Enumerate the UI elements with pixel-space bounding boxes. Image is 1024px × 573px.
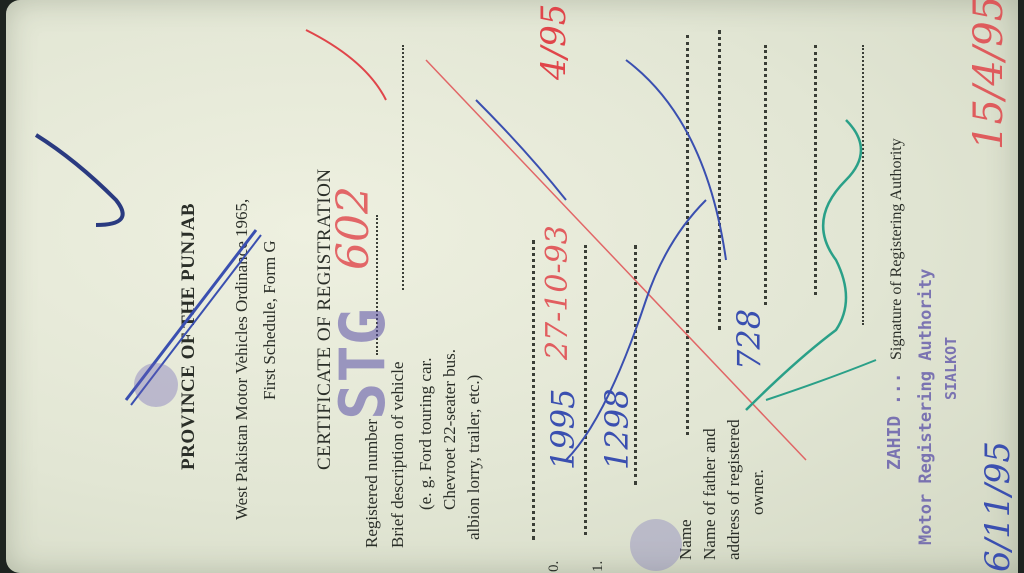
brief-description-dotline	[402, 45, 404, 290]
entry-dotline-1	[532, 240, 535, 540]
blue-entry-728: 728	[730, 309, 768, 370]
margin-number-0: 0.	[546, 561, 563, 572]
blue-date-bottom: 6/11/95	[978, 441, 1018, 572]
entry-dotline-2	[584, 245, 587, 535]
registered-number-label: Registered number	[362, 419, 382, 548]
officer-title-stamp: Motor Registering Authority	[916, 269, 936, 545]
red-number-602: 602	[328, 186, 379, 270]
entry-dotline-7	[814, 45, 817, 295]
margin-number-1: 1.	[590, 561, 607, 572]
owner-address-label: address of registered	[724, 419, 744, 560]
entry-dotline-5	[718, 30, 721, 330]
signature-label: Signature of Registering Authority	[888, 138, 906, 360]
signature-dotline	[862, 45, 864, 325]
red-fraction-top: 4/95	[534, 4, 574, 80]
owner-label-end: owner.	[748, 469, 768, 515]
red-entry-date: 27-10-93	[540, 225, 575, 360]
certificate-page: PROVINCE OF THE PUNJAB West Pakistan Mot…	[6, 0, 1018, 573]
officer-place-stamp: SIALKOT	[942, 337, 960, 400]
entry-dotline-4	[686, 35, 689, 435]
owner-name-label: Name	[676, 519, 696, 560]
blue-entry-1995: 1995	[544, 389, 582, 470]
owner-father-label: Name of father and	[700, 428, 720, 560]
schedule-line: First Schedule, Form G	[260, 240, 280, 400]
reg-stamp-stg: STG	[326, 308, 399, 420]
example-line-1: (e. g. Ford touring car.	[416, 358, 436, 511]
red-date-right: 15/4/95	[966, 0, 1012, 150]
checkmark-icon	[36, 135, 123, 225]
officer-name-stamp: ZAHID ...	[884, 372, 905, 470]
ordinance-line: West Pakistan Motor Vehicles Ordinance 1…	[232, 199, 252, 520]
province-heading: PROVINCE OF THE PUNJAB	[178, 203, 200, 470]
blue-entry-1298: 1298	[598, 389, 636, 470]
example-line-2: Chevroet 22-seater bus.	[440, 349, 460, 510]
example-line-3: albion lorry, trailer, etc.)	[464, 375, 484, 540]
entry-dotline-6	[764, 45, 767, 305]
ink-strokes	[6, 0, 1018, 573]
